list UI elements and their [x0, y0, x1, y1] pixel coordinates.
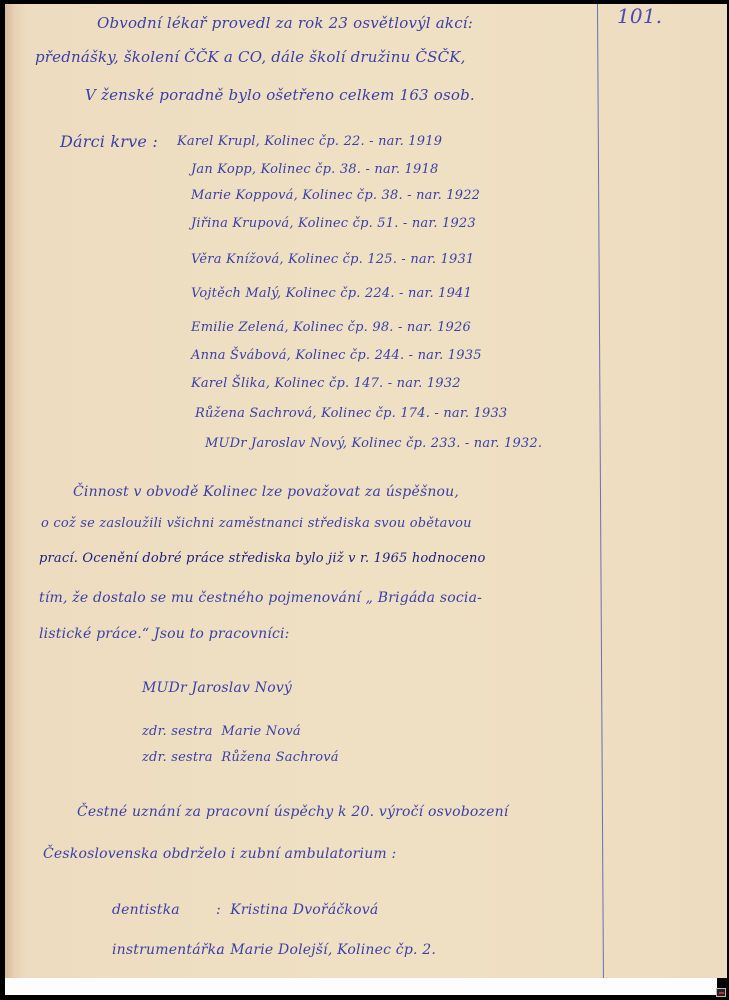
dental-role: dentistka	[112, 902, 216, 918]
dental-sep: :	[216, 902, 221, 918]
donor-born: nar. 1922	[416, 188, 480, 203]
donor-name: Růžena Sachrová	[195, 406, 312, 421]
activity-line-4: tím, že dostalo se mu čestného pojmenová…	[39, 590, 482, 606]
donor-address: Kolinec čp. 244.	[295, 348, 404, 363]
donor-row: Vojtěch Malý, Kolinec čp. 224. - nar. 19…	[191, 286, 472, 301]
donor-born: nar. 1941	[408, 286, 472, 301]
donor-address: Kolinec čp. 38.	[261, 162, 362, 177]
page-number: 101.	[617, 4, 662, 28]
donor-name: Vojtěch Malý	[191, 286, 277, 301]
donor-row: Jan Kopp, Kolinec čp. 38. - nar. 1918	[191, 162, 438, 177]
donor-name: Jiřina Krupová	[191, 216, 289, 231]
staff-name: MUDr Jaroslav Nový	[142, 680, 292, 696]
donor-row: Karel Krupl, Kolinec čp. 22. - nar. 1919	[177, 134, 442, 149]
donor-address: Kolinec čp. 98.	[293, 320, 394, 335]
activity-line-3: prací. Ocenění dobré práce střediska byl…	[39, 551, 486, 566]
donor-name: Anna Švábová	[191, 348, 287, 363]
intro-line-2: přednášky, školení ČČK a CO, dále školí …	[35, 48, 466, 66]
staff-row: MUDr Jaroslav Nový	[142, 680, 292, 696]
ledger-page: 101. Obvodní lékař provedl za rok 23 osv…	[5, 4, 727, 978]
donor-born: nar. 1923	[412, 216, 476, 231]
margin-rule	[597, 4, 604, 978]
donor-row: Emilie Zelená, Kolinec čp. 98. - nar. 19…	[191, 320, 471, 335]
honor-line-1: Čestné uznání za pracovní úspěchy k 20. …	[77, 804, 508, 820]
donor-name: Jan Kopp	[191, 162, 252, 177]
honor-line-2: Československa obdrželo i zubní ambulato…	[43, 846, 396, 862]
activity-line-1: Činnost v obvodě Kolinec lze považovat z…	[73, 484, 459, 500]
dental-row: dentistka: Kristina Dvořáčková	[112, 902, 378, 918]
donor-row: MUDr Jaroslav Nový, Kolinec čp. 233. - n…	[205, 436, 542, 451]
donor-name: Emilie Zelená	[191, 320, 284, 335]
donor-born: nar. 1935	[418, 348, 482, 363]
staff-name: Marie Nová	[221, 724, 301, 739]
donor-born: nar. 1918	[374, 162, 438, 177]
donor-born: nar. 1932	[397, 376, 461, 391]
intro-line-1: Obvodní lékař provedl za rok 23 osvětlov…	[97, 14, 473, 32]
staff-role: zdr. sestra	[142, 750, 213, 765]
donor-name: Marie Koppová	[191, 188, 294, 203]
activity-line-5: listické práce.“ Jsou to pracovníci:	[39, 626, 290, 642]
bottom-strip	[5, 978, 717, 995]
donor-address: Kolinec čp. 224.	[286, 286, 395, 301]
donor-address: Kolinec čp. 233.	[352, 436, 461, 451]
donor-address: Kolinec čp. 38.	[302, 188, 403, 203]
donor-row: Jiřina Krupová, Kolinec čp. 51. - nar. 1…	[191, 216, 476, 231]
dental-sep: :	[216, 942, 221, 958]
intro-line-3: V ženské poradně bylo ošetřeno celkem 16…	[85, 86, 475, 104]
donor-name: Věra Knížová	[191, 252, 279, 267]
donor-address: Kolinec čp. 174.	[321, 406, 430, 421]
donors-label: Dárci krve :	[60, 132, 158, 151]
donor-name: MUDr Jaroslav Nový	[205, 436, 343, 451]
donor-born: nar. 1919	[378, 134, 442, 149]
donor-address: Kolinec čp. 147.	[274, 376, 383, 391]
dental-row: instrumentářka: Marie Dolejší, Kolinec č…	[112, 942, 436, 958]
donor-name: Karel Šlika	[191, 376, 266, 391]
donor-name: Karel Krupl	[177, 134, 256, 149]
donor-address: Kolinec čp. 22.	[264, 134, 365, 149]
staff-row: zdr. sestra Růžena Sachrová	[142, 750, 339, 765]
dental-name: Kristina Dvořáčková	[230, 902, 378, 918]
donor-row: Věra Knížová, Kolinec čp. 125. - nar. 19…	[191, 252, 474, 267]
donor-row: Marie Koppová, Kolinec čp. 38. - nar. 19…	[191, 188, 480, 203]
donor-address: Kolinec čp. 125.	[288, 252, 397, 267]
donor-address: Kolinec čp. 51.	[298, 216, 399, 231]
donor-born: nar. 1932.	[474, 436, 542, 451]
donor-row: Růžena Sachrová, Kolinec čp. 174. - nar.…	[195, 406, 507, 421]
donor-born: nar. 1931	[410, 252, 474, 267]
donor-row: Anna Švábová, Kolinec čp. 244. - nar. 19…	[191, 348, 482, 363]
staff-role: zdr. sestra	[142, 724, 213, 739]
donor-born: nar. 1933	[443, 406, 507, 421]
dental-role: instrumentářka	[112, 942, 216, 958]
minimize-icon[interactable]	[716, 988, 726, 997]
dental-name: Marie Dolejší, Kolinec čp. 2.	[230, 942, 436, 958]
staff-name: Růžena Sachrová	[221, 750, 338, 765]
donor-born: nar. 1926	[407, 320, 471, 335]
donor-row: Karel Šlika, Kolinec čp. 147. - nar. 193…	[191, 376, 461, 391]
activity-line-2: o což se zasloužili všichni zaměstnanci …	[41, 516, 472, 531]
staff-row: zdr. sestra Marie Nová	[142, 724, 301, 739]
